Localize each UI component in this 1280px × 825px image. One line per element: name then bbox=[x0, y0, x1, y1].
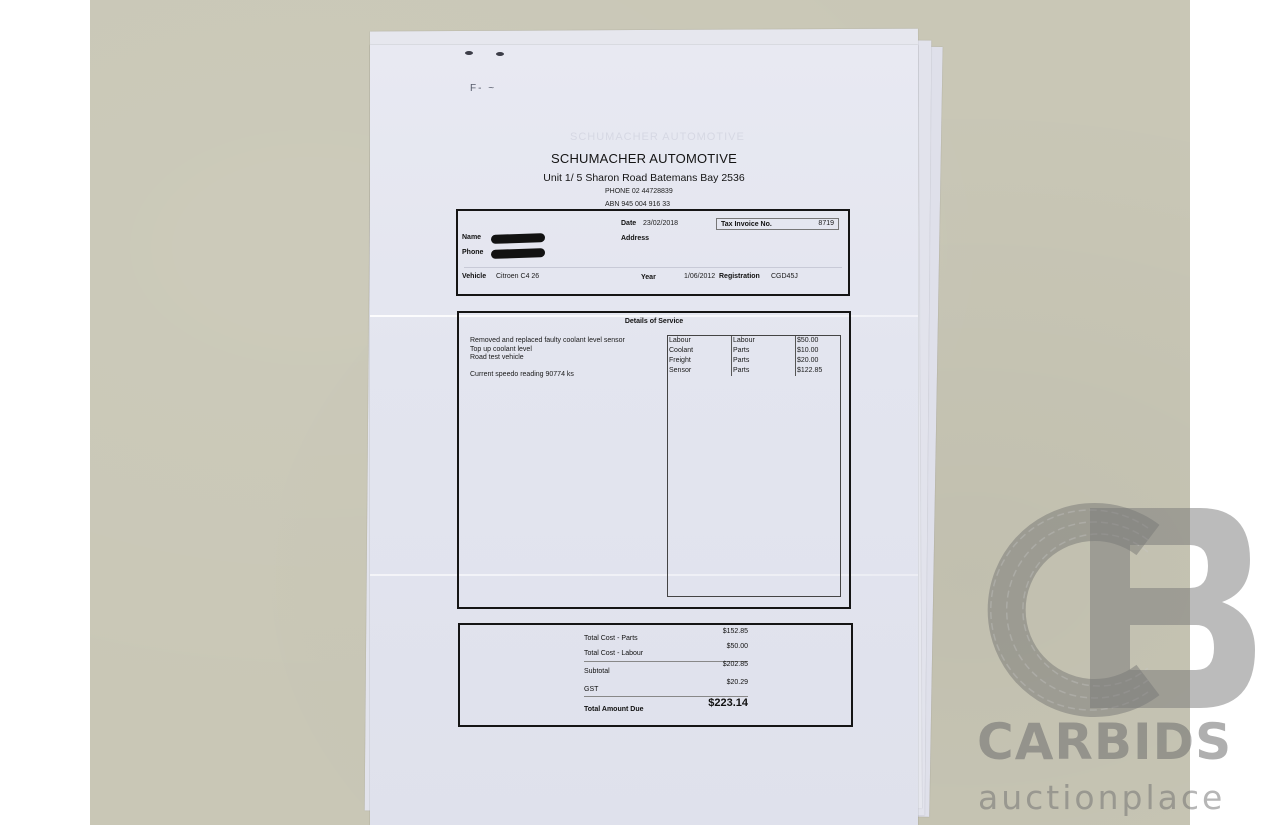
line-item-row: SensorParts$122.85 bbox=[668, 367, 840, 377]
punch-hole bbox=[465, 51, 473, 55]
total-labour-value: $50.00 bbox=[727, 643, 748, 650]
total-due-row: Total Amount Due $223.14 bbox=[584, 699, 748, 715]
line-item-type: Labour bbox=[733, 337, 755, 344]
subtotal-value: $202.85 bbox=[723, 661, 748, 668]
line-item-item: Sensor bbox=[669, 367, 691, 374]
redacted-name bbox=[491, 233, 545, 244]
line-item-amount: $10.00 bbox=[797, 347, 818, 354]
description-line: Top up coolant level bbox=[470, 346, 625, 355]
customer-info-box: Date 23/02/2018 Tax Invoice No. 8719 Nam… bbox=[456, 209, 850, 296]
vehicle-value: Citroen C4 26 bbox=[496, 273, 539, 280]
details-title: Details of Service bbox=[459, 318, 849, 325]
total-labour-row: Total Cost - Labour $50.00 bbox=[584, 643, 748, 659]
line-item-amount: $122.85 bbox=[797, 367, 822, 374]
year-label: Year bbox=[641, 274, 656, 281]
company-address: Unit 1/ 5 Sharon Road Batemans Bay 2536 bbox=[370, 172, 918, 184]
description-line: Road test vehicle bbox=[470, 354, 625, 363]
line-item-amount: $20.00 bbox=[797, 357, 818, 364]
description-line: Removed and replaced faulty coolant leve… bbox=[470, 337, 625, 346]
total-parts-value: $152.85 bbox=[723, 628, 748, 635]
invoice-number: 8719 bbox=[818, 220, 834, 227]
gst-label: GST bbox=[584, 686, 598, 693]
photo-background: F- ~ SCHUMACHER AUTOMOTIVE SCHUMACHER AU… bbox=[90, 0, 1190, 825]
subtotal-row: Subtotal $202.85 bbox=[584, 661, 748, 677]
registration-label: Registration bbox=[719, 273, 760, 280]
description-line: Current speedo reading 90774 ks bbox=[470, 371, 625, 380]
total-due-value: $223.14 bbox=[708, 697, 748, 709]
company-abn: ABN 945 004 916 33 bbox=[605, 201, 670, 208]
vehicle-label: Vehicle bbox=[462, 273, 486, 280]
registration-value: CGD45J bbox=[771, 273, 798, 280]
line-item-item: Labour bbox=[669, 337, 691, 344]
total-due-label: Total Amount Due bbox=[584, 706, 644, 713]
line-item-type: Parts bbox=[733, 367, 749, 374]
date-label: Date bbox=[621, 220, 636, 227]
line-item-item: Coolant bbox=[669, 347, 693, 354]
total-parts-label: Total Cost - Parts bbox=[584, 635, 638, 642]
service-details-box: Details of Service Removed and replaced … bbox=[457, 311, 851, 609]
line-item-row: CoolantParts$10.00 bbox=[668, 347, 840, 357]
line-item-item: Freight bbox=[669, 357, 691, 364]
bleed-through-heading: SCHUMACHER AUTOMOTIVE bbox=[570, 131, 745, 143]
line-item-row: LabourLabour$50.00 bbox=[668, 337, 840, 347]
address-label: Address bbox=[621, 235, 649, 242]
separator-line bbox=[464, 267, 842, 268]
company-phone: PHONE 02 44728839 bbox=[605, 188, 673, 195]
punch-hole bbox=[496, 52, 504, 56]
subtotal-label: Subtotal bbox=[584, 668, 610, 675]
year-value: 1/06/2012 bbox=[684, 273, 715, 280]
phone-label: Phone bbox=[462, 249, 483, 256]
invoice-label: Tax Invoice No. bbox=[721, 221, 772, 228]
name-label: Name bbox=[462, 234, 481, 241]
redacted-phone bbox=[491, 248, 545, 259]
line-item-amount: $50.00 bbox=[797, 337, 818, 344]
line-item-type: Parts bbox=[733, 357, 749, 364]
invoice-number-box: Tax Invoice No. 8719 bbox=[716, 218, 839, 230]
line-item-type: Parts bbox=[733, 347, 749, 354]
gst-value: $20.29 bbox=[727, 679, 748, 686]
handwritten-mark: F- ~ bbox=[470, 83, 496, 94]
line-item-row: FreightParts$20.00 bbox=[668, 357, 840, 367]
line-items-table: LabourLabour$50.00CoolantParts$10.00Frei… bbox=[667, 335, 841, 597]
totals-box: Total Cost - Parts $152.85 Total Cost - … bbox=[458, 623, 853, 727]
date-value: 23/02/2018 bbox=[643, 220, 678, 227]
invoice-page: F- ~ SCHUMACHER AUTOMOTIVE SCHUMACHER AU… bbox=[370, 45, 918, 825]
total-parts-row: Total Cost - Parts $152.85 bbox=[584, 628, 748, 644]
company-name: SCHUMACHER AUTOMOTIVE bbox=[370, 151, 918, 166]
description-line bbox=[470, 363, 625, 372]
gst-row: GST $20.29 bbox=[584, 679, 748, 695]
service-description: Removed and replaced faulty coolant leve… bbox=[470, 337, 625, 380]
total-labour-label: Total Cost - Labour bbox=[584, 650, 643, 657]
